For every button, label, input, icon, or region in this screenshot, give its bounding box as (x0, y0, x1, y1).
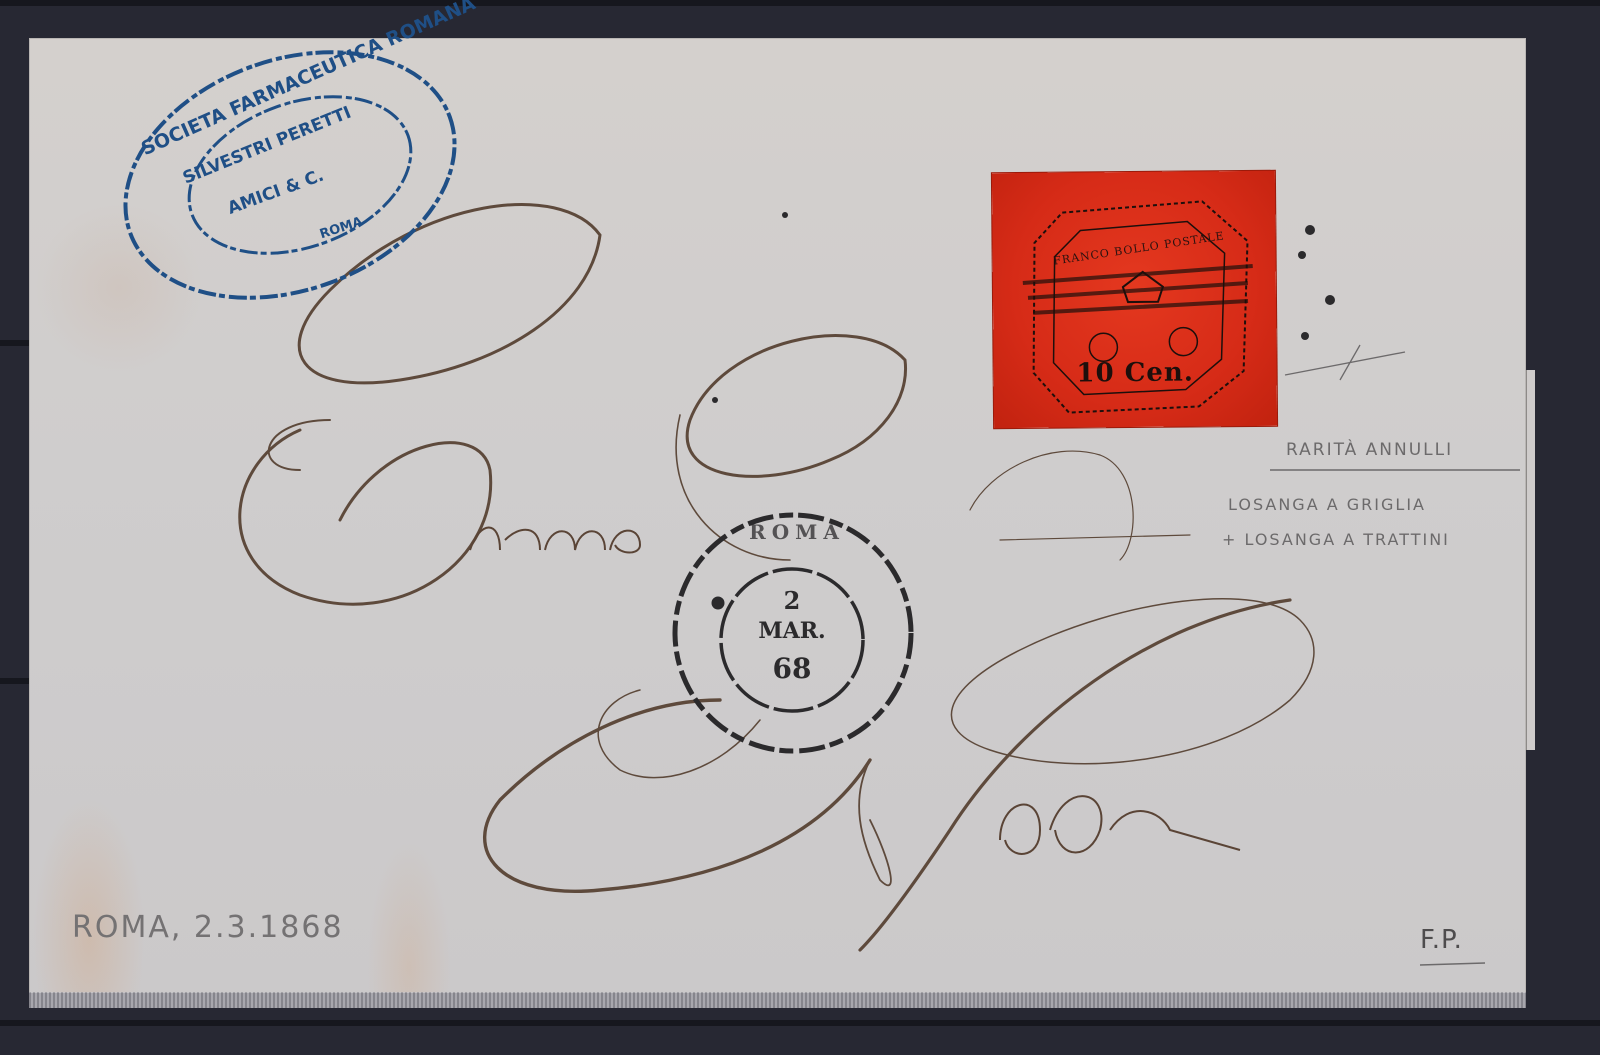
note-rarity-title: RARITÀ ANNULLI (1286, 440, 1453, 460)
postage-stamp: FRANCO BOLLO POSTALE 10 Cen. (992, 171, 1277, 428)
postmark-day: 2 (752, 586, 832, 615)
postmark-year: 68 (752, 652, 832, 685)
note-date: ROMA, 2.3.1868 (72, 910, 344, 945)
stamp-denomination: 10 Cen. (994, 357, 1277, 389)
note-line2: + LOSANGA A TRATTINI (1222, 530, 1450, 549)
note-line1: LOSANGA A GRIGLIA (1228, 495, 1426, 514)
stamp-frame-ornament (992, 171, 1277, 428)
postmark-month: MAR. (742, 618, 842, 644)
note-initials: F.P. (1420, 925, 1463, 955)
